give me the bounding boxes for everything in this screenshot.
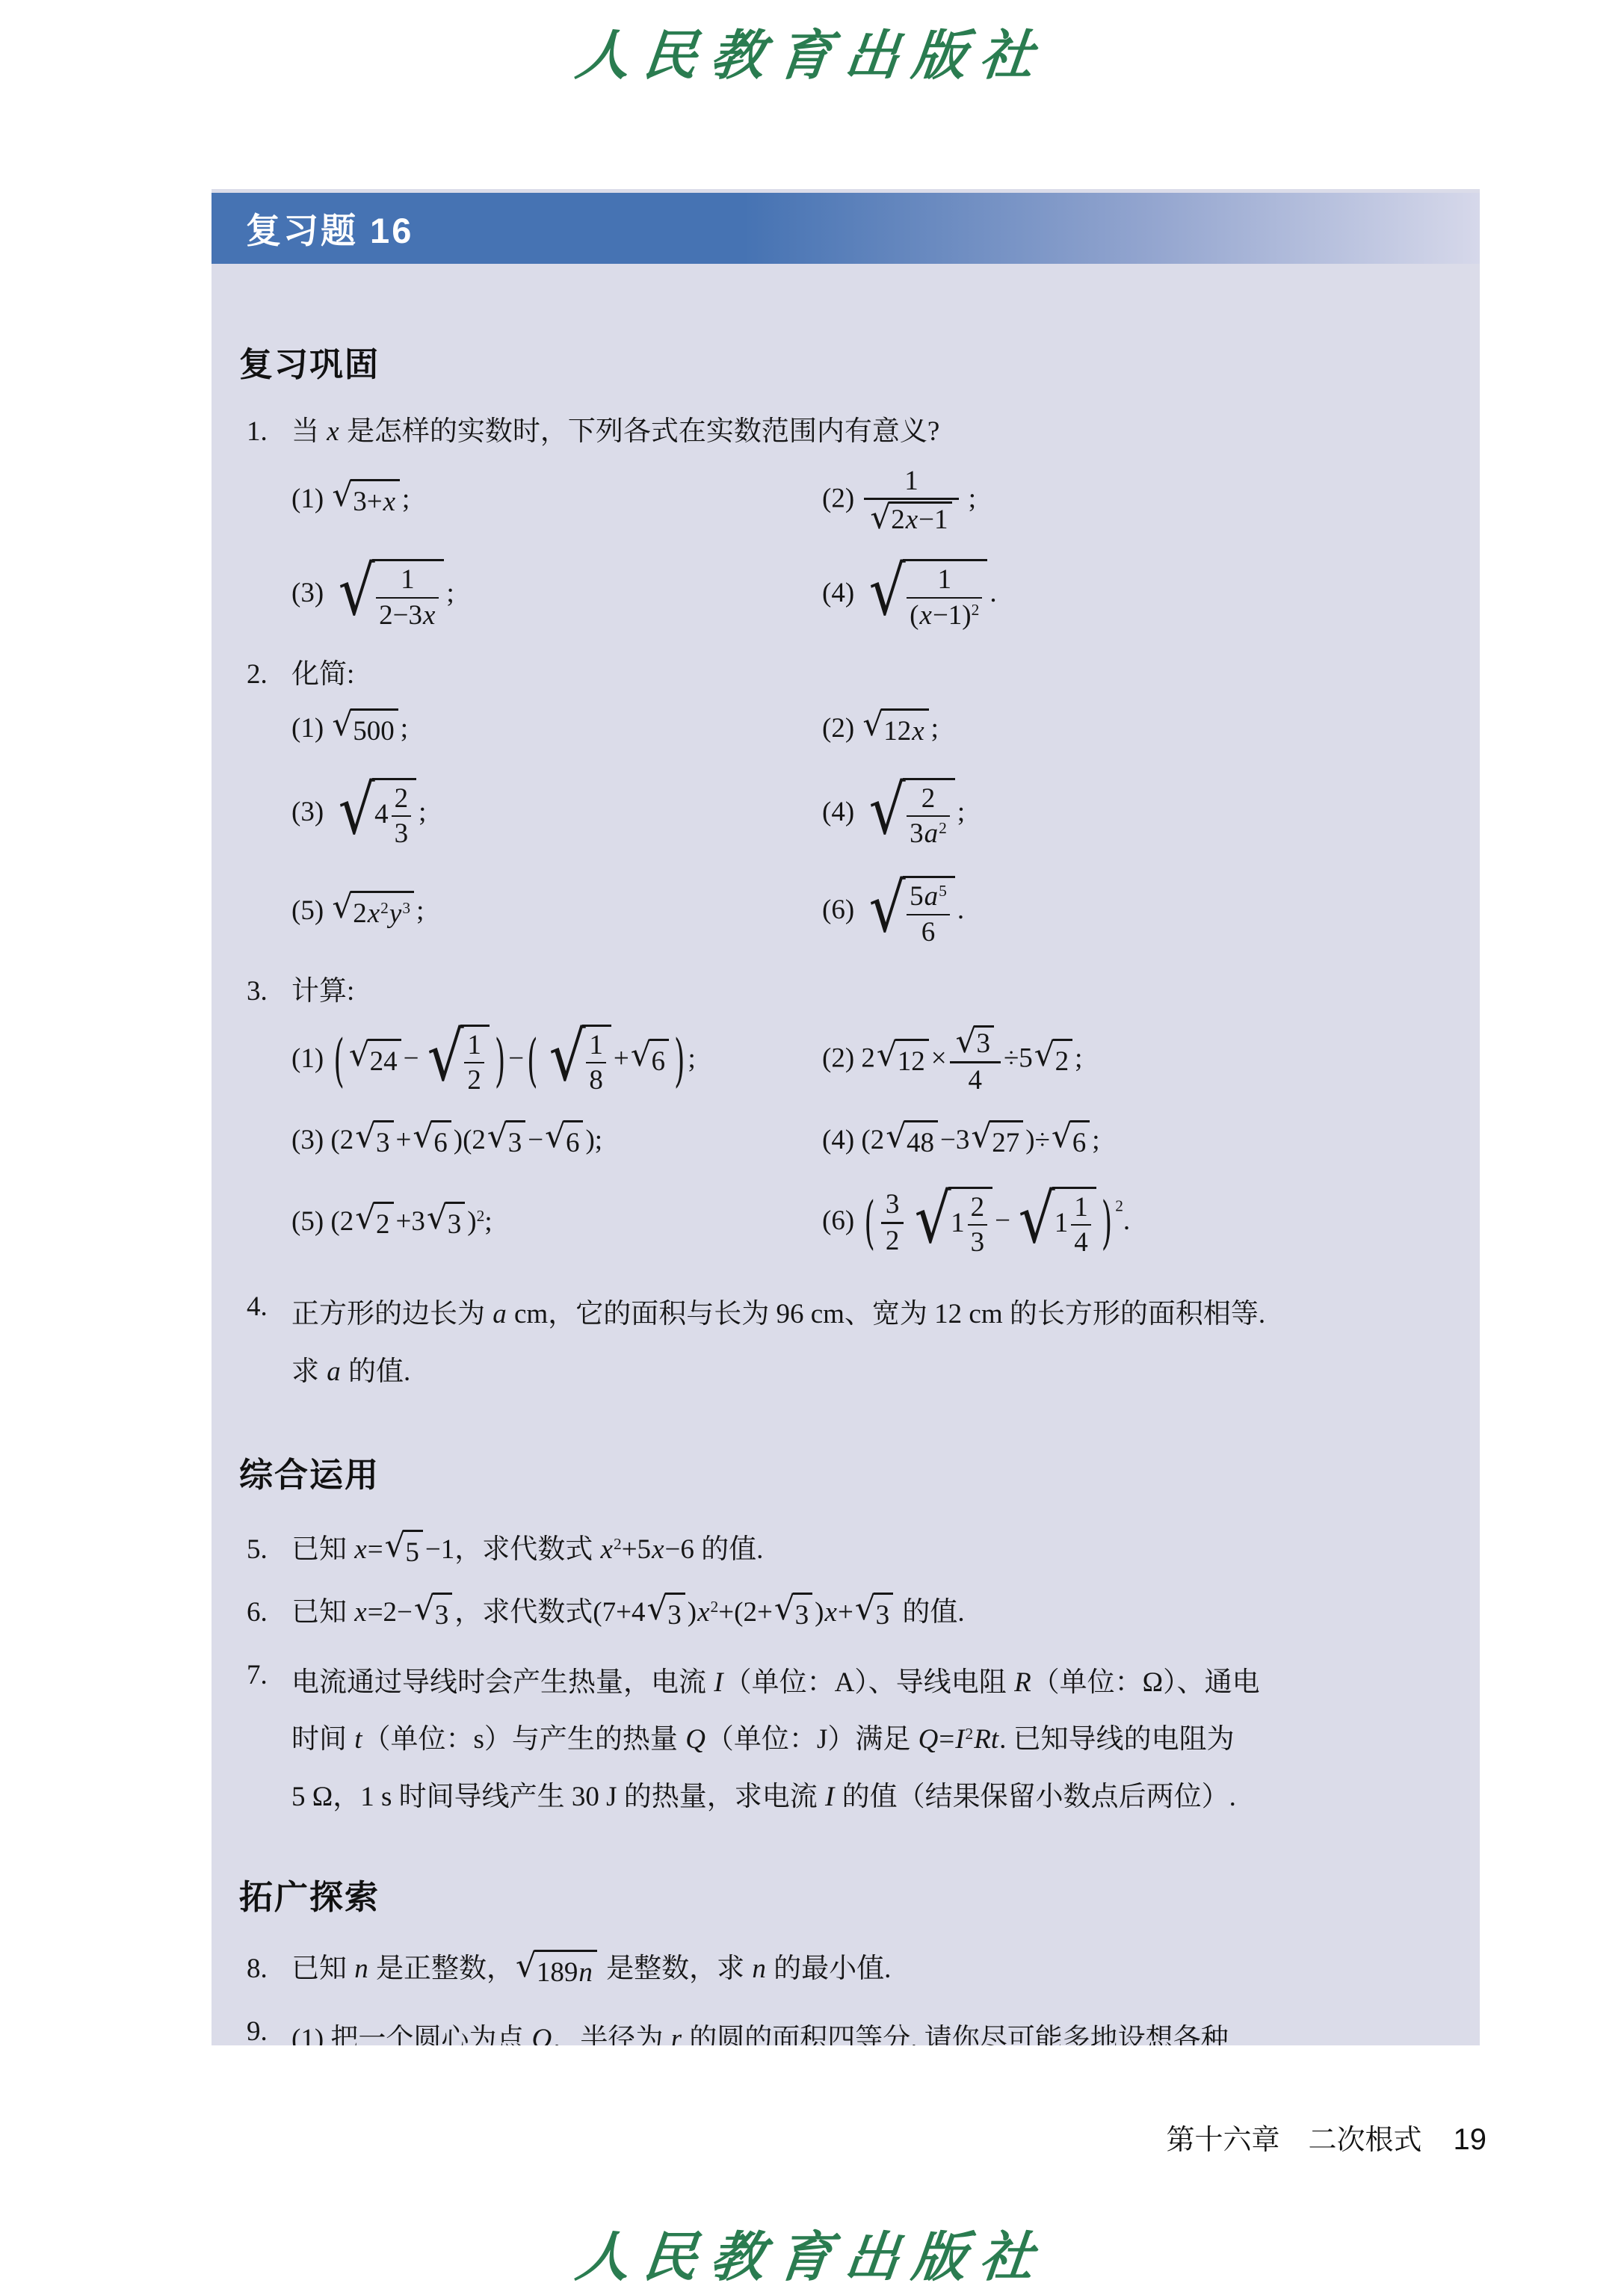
- problem-5: 5. 已知 x=√5−1，求代数式 x2+5x−6 的值.: [247, 1529, 1450, 1574]
- problem-1-number: 1.: [247, 411, 291, 631]
- exercise-title-bar: 复习题 16: [212, 193, 1480, 264]
- problem-list-3: 8. 已知 n 是正整数，√189n 是整数，求 n 的最小值. 9. (1) …: [212, 1948, 1480, 2045]
- problem-1: 1. 当 x 是怎样的实数时，下列各式在实数范围内有意义? (2) 1√2x−1…: [247, 411, 1450, 631]
- problem-2-item-2: (2) √12x;: [822, 708, 1450, 753]
- publisher-logo-bottom: 人民教育出版社: [0, 2214, 1624, 2291]
- problem-2: 2. 化简: (1) √500; (2) √12x; (3) √423; (4)…: [247, 654, 1450, 948]
- problem-4-line-1: 正方形的边长为 a cm，它的面积与长为 96 cm、宽为 12 cm 的长方形…: [291, 1286, 1450, 1344]
- problem-8-number: 8.: [247, 1948, 291, 1993]
- problem-9-body: (1) 把一个圆心为点 O，半径为 r 的圆的面积四等分. 请你尽可能多地设想各…: [291, 2011, 1450, 2045]
- problem-7: 7. 电流通过导线时会产生热量，电流 I（单位：A）、导线电阻 R（单位：Ω）、…: [247, 1655, 1450, 1827]
- footer-chapter: 第十六章: [1166, 2125, 1279, 2156]
- problem-7-line-2: 时间 t（单位：s）与产生的热量 Q（单位：J）满足 Q=I2Rt. 已知导线的…: [291, 1711, 1450, 1769]
- problem-6-body: 已知 x=2−√3，求代数式(7+4√3)x2+(2+√3)x+√3 的值.: [291, 1592, 1450, 1637]
- problem-2-item-4: (4) √23a2;: [822, 778, 1450, 850]
- footer-page-number: 19: [1454, 2123, 1487, 2156]
- problem-9-line-1: (1) 把一个圆心为点 O，半径为 r 的圆的面积四等分. 请你尽可能多地设想各…: [291, 2011, 1450, 2045]
- problem-2-number: 2.: [247, 654, 291, 948]
- problem-2-stem: 化简:: [291, 654, 1450, 696]
- problem-6-number: 6.: [247, 1592, 291, 1637]
- problem-2-item-1: (1) √500;: [291, 708, 822, 753]
- problem-1-item-2: (2) 1√2x−1 ;: [822, 465, 1450, 537]
- page-footer: 第十六章二次根式19: [1166, 2116, 1486, 2157]
- problem-4: 4. 正方形的边长为 a cm，它的面积与长为 96 cm、宽为 12 cm 的…: [247, 1286, 1450, 1401]
- publisher-logo-top: 人民教育出版社: [0, 12, 1624, 90]
- section-heading-review: 复习巩固: [239, 337, 1480, 386]
- problem-9: 9. (1) 把一个圆心为点 O，半径为 r 的圆的面积四等分. 请你尽可能多地…: [247, 2011, 1450, 2045]
- problem-9-number: 9.: [247, 2011, 291, 2045]
- section-heading-exploration: 拓广探索: [239, 1870, 1480, 1918]
- problem-7-line-1: 电流通过导线时会产生热量，电流 I（单位：A）、导线电阻 R（单位：Ω）、通电: [291, 1655, 1450, 1712]
- problem-8-stem: 已知 n 是正整数，√189n 是整数，求 n 的最小值.: [291, 1948, 1450, 1993]
- problem-4-line-2: 求 a 的值.: [291, 1344, 1450, 1401]
- problem-3-item-2: (2) 2√12×√34÷5√2;: [822, 1025, 1450, 1097]
- problem-list-2: 5. 已知 x=√5−1，求代数式 x2+5x−6 的值. 6. 已知 x=2−…: [212, 1529, 1480, 1826]
- problem-5-number: 5.: [247, 1529, 291, 1574]
- problem-8-body: 已知 n 是正整数，√189n 是整数，求 n 的最小值.: [291, 1948, 1450, 1993]
- problem-5-stem: 已知 x=√5−1，求代数式 x2+5x−6 的值.: [291, 1529, 1450, 1574]
- problem-7-number: 7.: [247, 1655, 291, 1827]
- problem-6-stem: 已知 x=2−√3，求代数式(7+4√3)x2+(2+√3)x+√3 的值.: [291, 1592, 1450, 1637]
- problem-1-items: (2) 1√2x−1 ; (1) √3+x; (3) √12−3x; (4) √…: [291, 465, 1450, 632]
- problem-1-stem: 当 x 是怎样的实数时，下列各式在实数范围内有意义?: [291, 411, 1450, 453]
- problem-3-item-5: (5) (2√2+3√3)2;: [291, 1201, 822, 1246]
- problem-3-item-3: (3) (2√3+√6)(2√3−√6);: [291, 1119, 822, 1164]
- problem-2-item-5: (5) √2x2y3;: [291, 890, 822, 935]
- problem-2-item-6: (6) √5a56.: [822, 876, 1450, 948]
- problem-1-item-4: (4) √1(x−1)2.: [822, 559, 1450, 631]
- problem-3: 3. 计算: (1) (√24−√12)−(√18+√6); (2) 2√12×…: [247, 971, 1450, 1259]
- problem-3-item-6: (6) (32√123−√114)2.: [822, 1187, 1450, 1259]
- problem-4-number: 4.: [247, 1286, 291, 1401]
- problem-3-item-1: (1) (√24−√12)−(√18+√6);: [291, 1025, 822, 1097]
- problem-1-item-1: (1) √3+x;: [291, 478, 822, 523]
- problem-3-number: 3.: [247, 971, 291, 1259]
- problem-1-body: 当 x 是怎样的实数时，下列各式在实数范围内有意义? (2) 1√2x−1 ; …: [291, 411, 1450, 631]
- problem-1-item-3: (3) √12−3x;: [291, 559, 822, 631]
- problem-3-items: (1) (√24−√12)−(√18+√6); (2) 2√12×√34÷5√2…: [291, 1025, 1450, 1259]
- problem-5-body: 已知 x=√5−1，求代数式 x2+5x−6 的值.: [291, 1529, 1450, 1574]
- exercise-title: 复习题 16: [246, 203, 413, 253]
- exercise-panel: 复习题 16 复习巩固 1. 当 x 是怎样的实数时，下列各式在实数范围内有意义…: [212, 189, 1480, 2045]
- problem-3-body: 计算: (1) (√24−√12)−(√18+√6); (2) 2√12×√34…: [291, 971, 1450, 1259]
- problem-2-item-3: (3) √423;: [291, 778, 822, 850]
- problem-7-line-3: 5 Ω，1 s 时间导线产生 30 J 的热量，求电流 I 的值（结果保留小数点…: [291, 1769, 1450, 1826]
- problem-4-body: 正方形的边长为 a cm，它的面积与长为 96 cm、宽为 12 cm 的长方形…: [291, 1286, 1450, 1401]
- footer-chapter-title: 二次根式: [1308, 2125, 1421, 2156]
- problem-2-items: (1) √500; (2) √12x; (3) √423; (4) √23a2;…: [291, 708, 1450, 948]
- problem-3-stem: 计算:: [291, 971, 1450, 1013]
- problem-3-item-4: (4) (2√48−3√27)÷√6;: [822, 1119, 1450, 1164]
- problem-7-body: 电流通过导线时会产生热量，电流 I（单位：A）、导线电阻 R（单位：Ω）、通电 …: [291, 1655, 1450, 1827]
- problem-2-body: 化简: (1) √500; (2) √12x; (3) √423; (4) √2…: [291, 654, 1450, 948]
- problem-6: 6. 已知 x=2−√3，求代数式(7+4√3)x2+(2+√3)x+√3 的值…: [247, 1592, 1450, 1637]
- section-heading-comprehensive: 综合运用: [239, 1448, 1480, 1496]
- problem-list: 1. 当 x 是怎样的实数时，下列各式在实数范围内有意义? (2) 1√2x−1…: [212, 411, 1480, 1401]
- problem-8: 8. 已知 n 是正整数，√189n 是整数，求 n 的最小值.: [247, 1948, 1450, 1993]
